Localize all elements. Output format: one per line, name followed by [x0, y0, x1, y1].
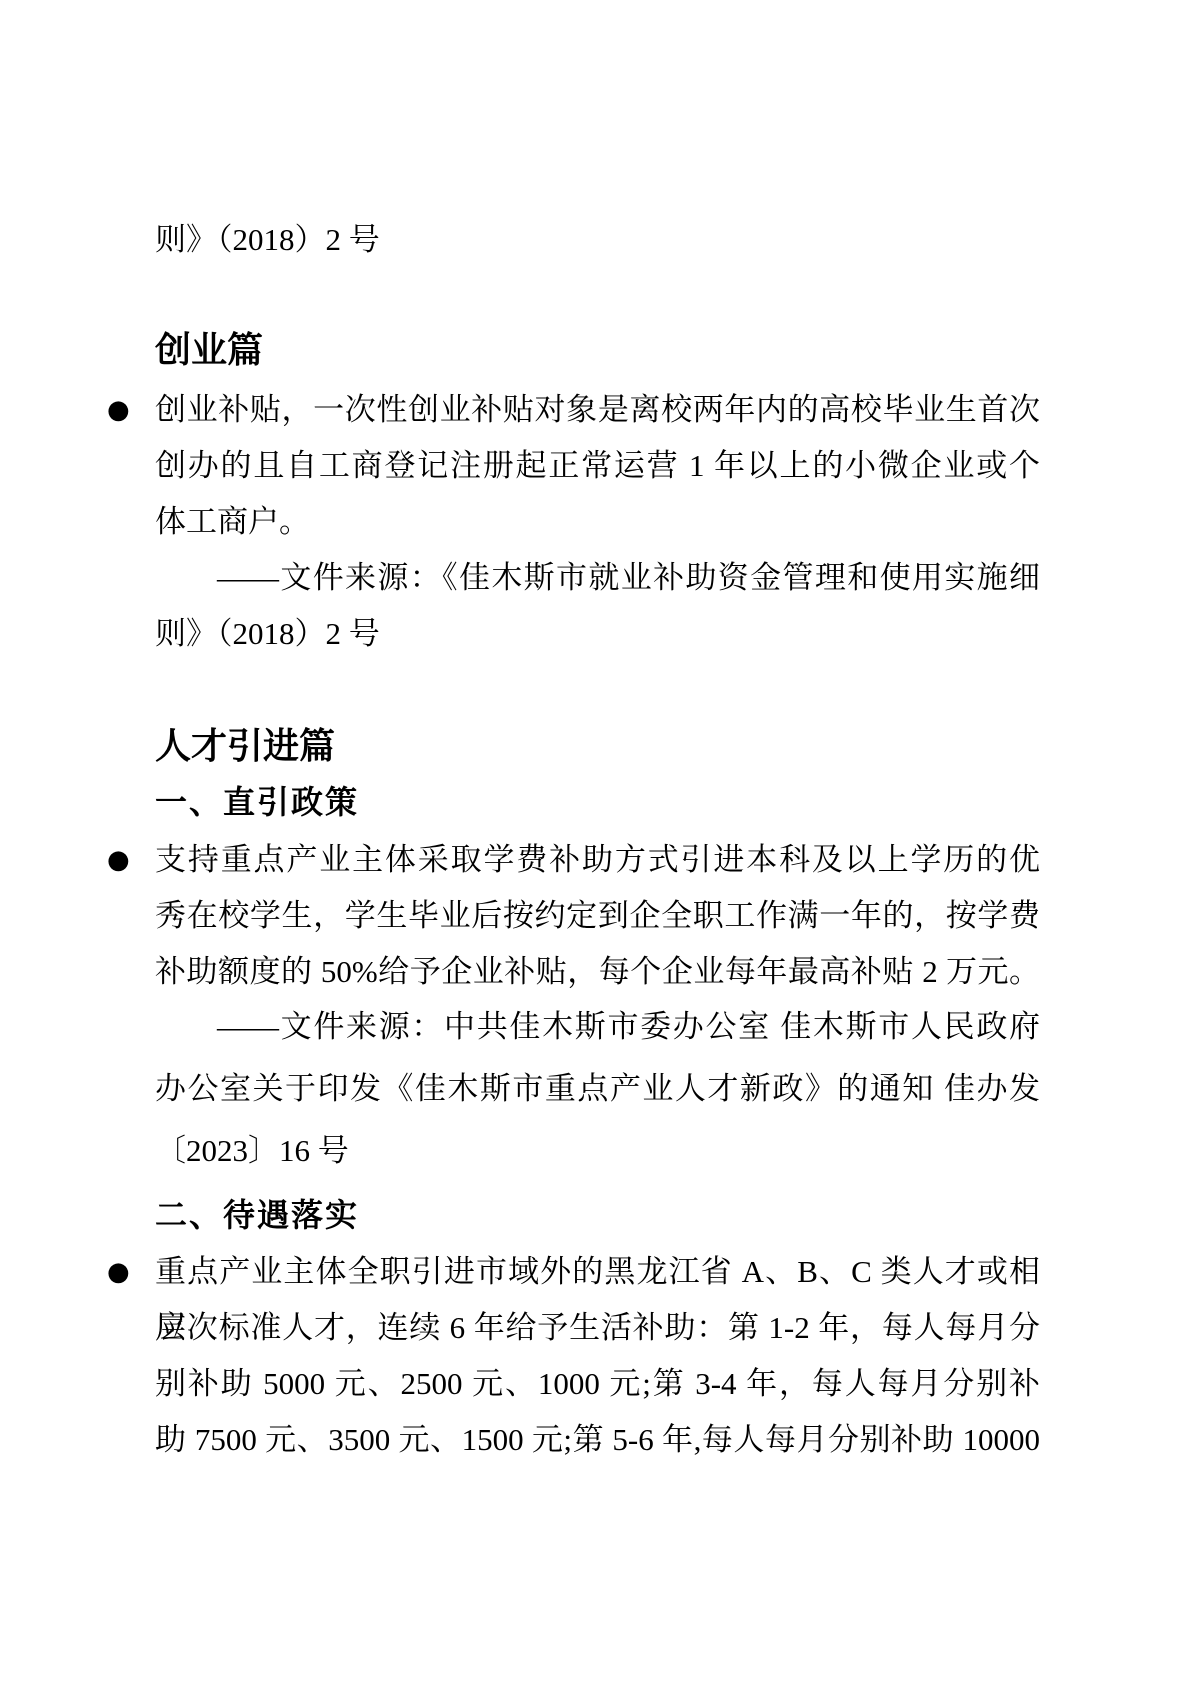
source-text-line: 办公室关于印发《佳木斯市重点产业人才新政》的通知 佳办发	[155, 1058, 1040, 1120]
continuation-line-block: 则》（2018）2 号	[155, 212, 1040, 268]
body-text-line: 重点产业主体全职引进市域外的黑龙江省 A、B、C 类人才或相应	[155, 1244, 1040, 1300]
bullet-icon: ●	[107, 382, 147, 438]
section-heading-entrepreneurship: 创业篇	[155, 322, 1040, 378]
continuation-line: 则》（2018）2 号	[155, 212, 1040, 268]
bullet-item-startup-subsidy: ● 创业补贴，一次性创业补贴对象是离校两年内的高校毕业生首次 创办的且自工商登记…	[155, 382, 1040, 550]
bullet-icon: ●	[107, 832, 147, 888]
source-reference-entrepreneurship: ——文件来源：《佳木斯市就业补助资金管理和使用实施细 则》（2018）2 号	[155, 550, 1040, 662]
source-text-line: ——文件来源：中共佳木斯市委办公室 佳木斯市人民政府	[155, 996, 1040, 1058]
source-reference-talent-policy: ——文件来源：中共佳木斯市委办公室 佳木斯市人民政府 办公室关于印发《佳木斯市重…	[155, 996, 1040, 1182]
bullet-item-tuition-subsidy: ● 支持重点产业主体采取学费补助方式引进本科及以上学历的优 秀在校学生，学生毕业…	[155, 832, 1040, 1000]
source-text-line: 则》（2018）2 号	[155, 606, 1040, 662]
subheading-benefit-implementation: 二、待遇落实	[155, 1187, 1040, 1243]
bullet-item-living-subsidy: ● 重点产业主体全职引进市域外的黑龙江省 A、B、C 类人才或相应 层次标准人才…	[155, 1244, 1040, 1468]
body-text-line: 体工商户。	[155, 494, 1040, 550]
body-text-line: 创业补贴，一次性创业补贴对象是离校两年内的高校毕业生首次	[155, 382, 1040, 438]
document-page: 则》（2018）2 号 创业篇 ● 创业补贴，一次性创业补贴对象是离校两年内的高…	[0, 0, 1190, 1683]
source-text-line: ——文件来源：《佳木斯市就业补助资金管理和使用实施细	[155, 550, 1040, 606]
subheading-direct-intro-policy: 一、直引政策	[155, 774, 1040, 830]
body-text-line: 支持重点产业主体采取学费补助方式引进本科及以上学历的优	[155, 832, 1040, 888]
source-text-line: 〔2023〕16 号	[155, 1120, 1040, 1182]
body-text-line: 助 7500 元、3500 元、1500 元;第 5-6 年,每人每月分别补助 …	[155, 1412, 1040, 1468]
body-text-line: 创办的且自工商登记注册起正常运营 1 年以上的小微企业或个	[155, 438, 1040, 494]
body-text-line: 补助额度的 50%给予企业补贴，每个企业每年最高补贴 2 万元。	[155, 944, 1040, 1000]
body-text-line: 别补助 5000 元、2500 元、1000 元;第 3-4 年，每人每月分别补	[155, 1356, 1040, 1412]
body-text-line: 秀在校学生，学生毕业后按约定到企全职工作满一年的，按学费	[155, 888, 1040, 944]
body-text-line: 层次标准人才，连续 6 年给予生活补助：第 1-2 年，每人每月分	[155, 1300, 1040, 1356]
section-heading-talent-introduction: 人才引进篇	[155, 718, 1040, 774]
bullet-icon: ●	[107, 1244, 147, 1300]
